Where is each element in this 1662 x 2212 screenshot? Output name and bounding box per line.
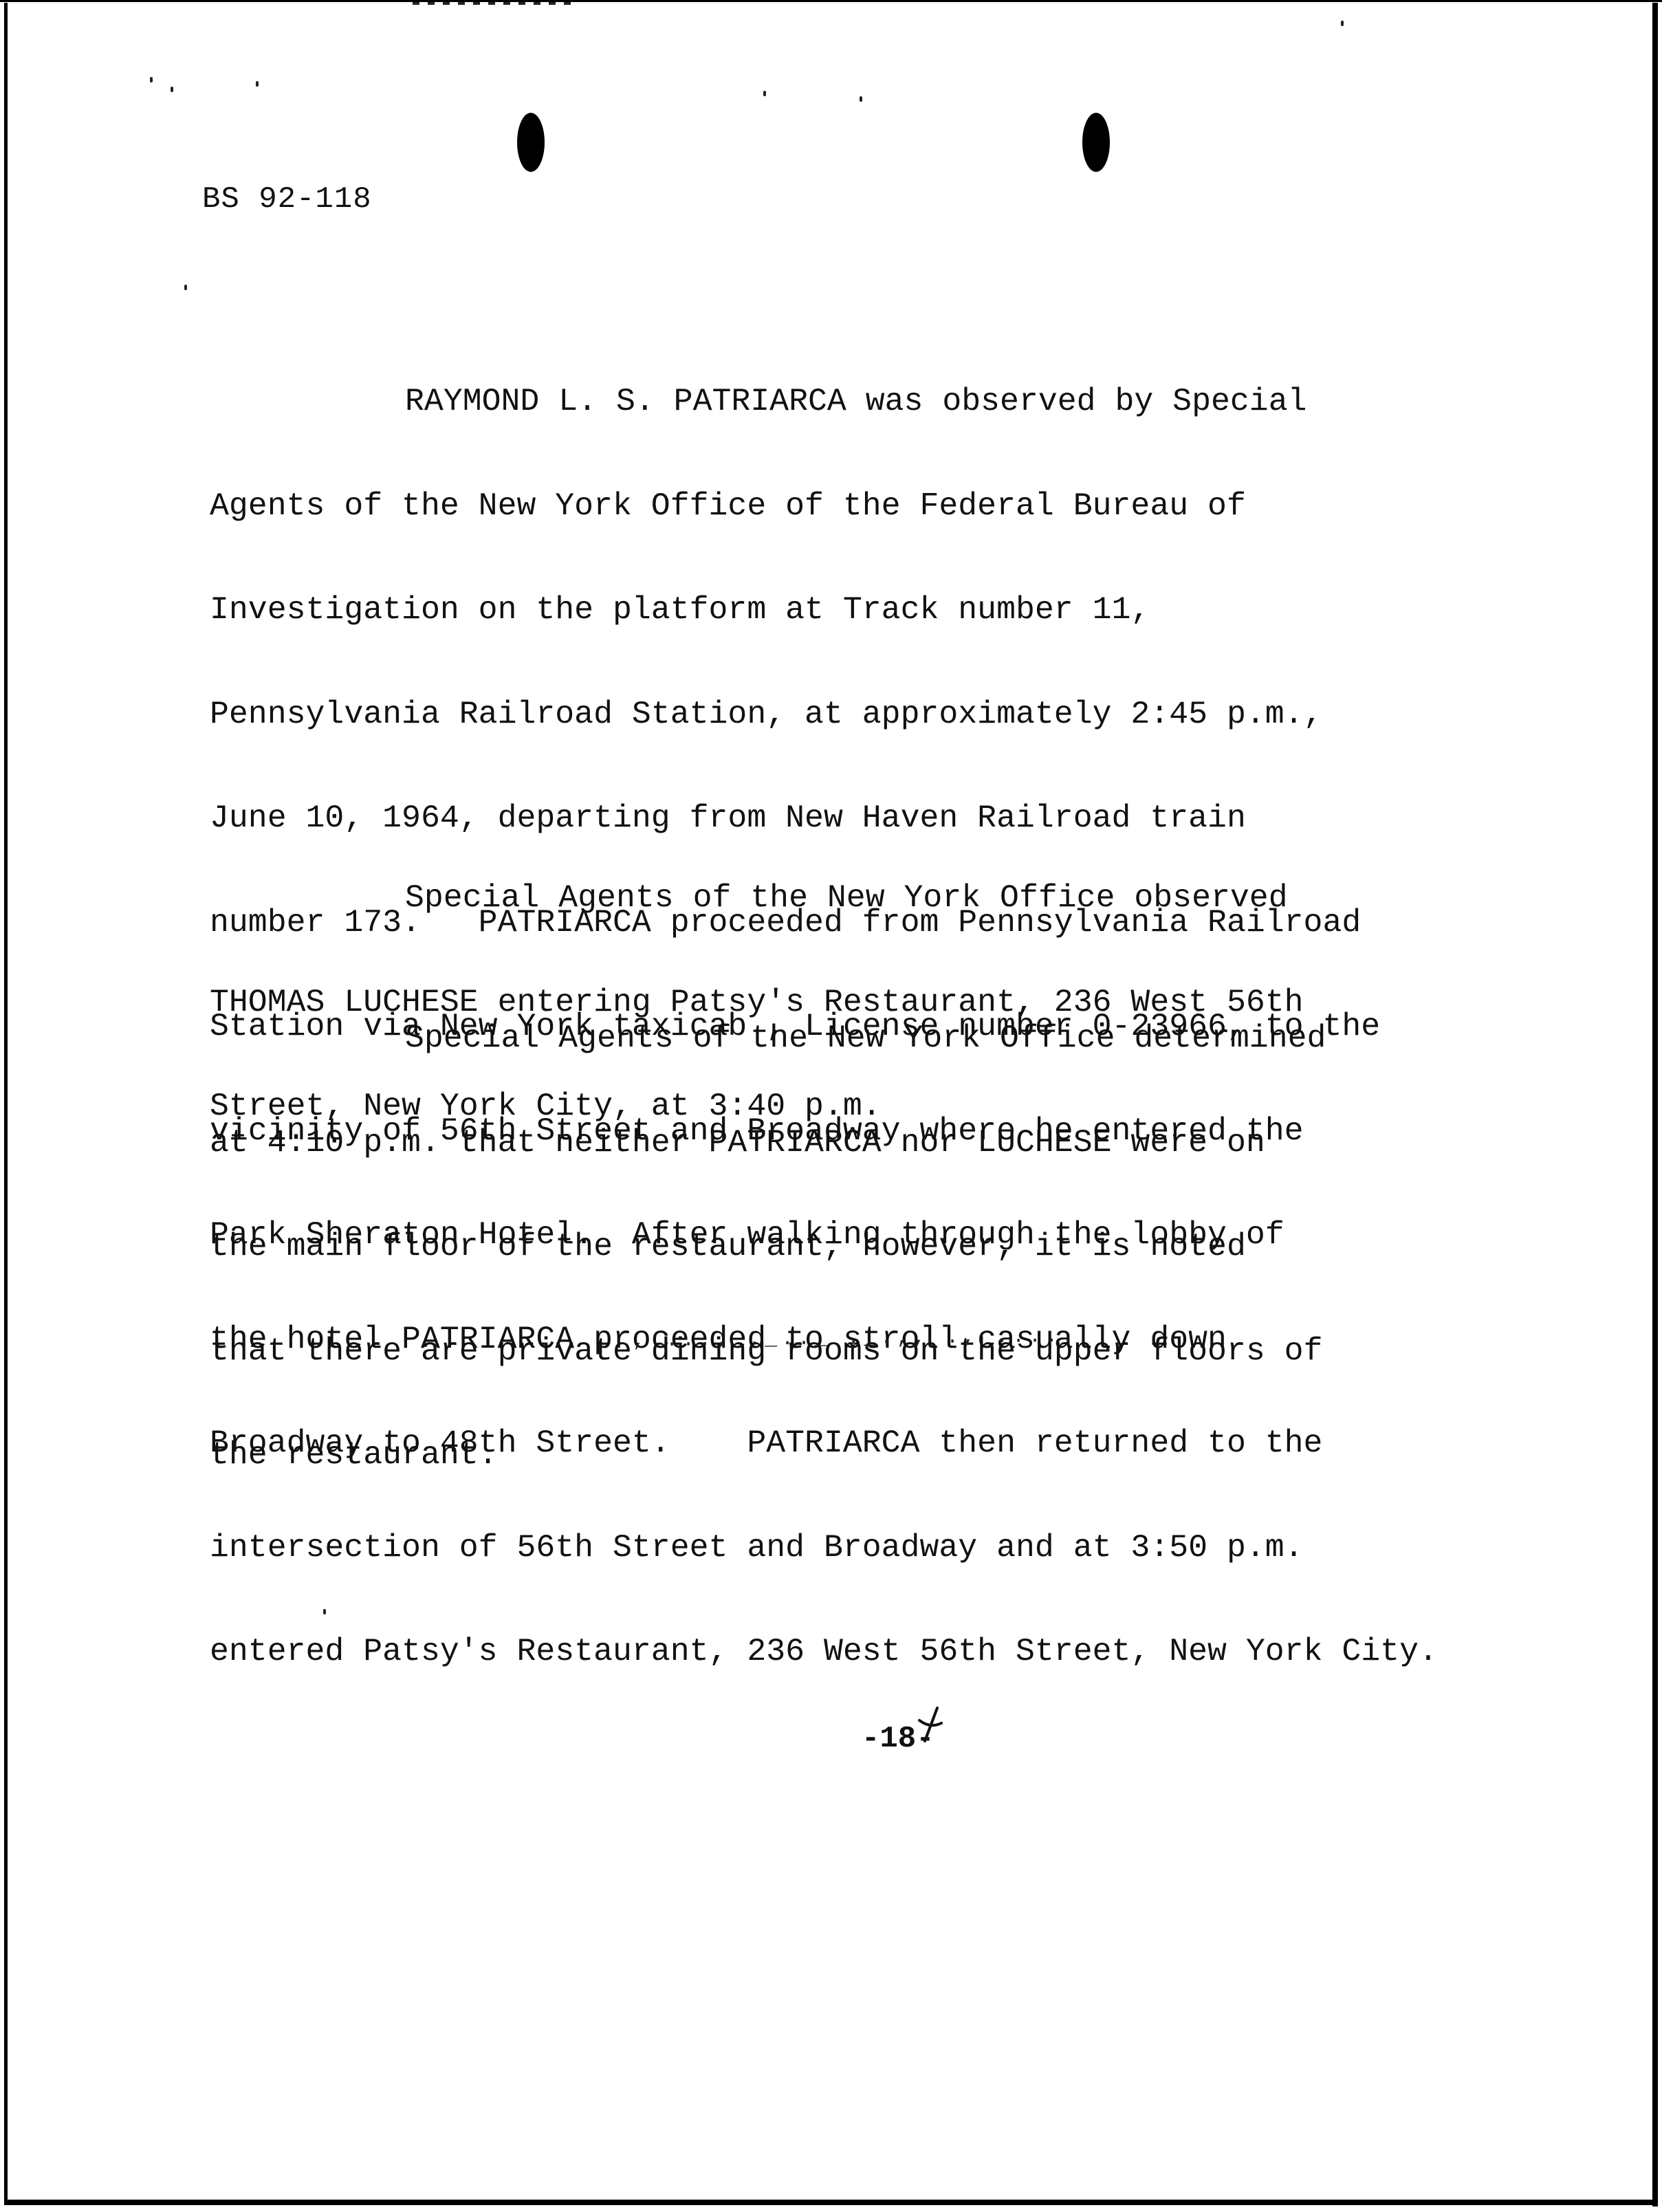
text-line: the main floor of the restaurant, howeve… — [210, 1229, 1557, 1264]
scan-speck — [1341, 21, 1344, 26]
scan-border-left — [4, 3, 8, 2202]
text-line: Agents of the New York Office of the Fed… — [210, 489, 1557, 524]
file-number: BS 92-118 — [202, 184, 372, 215]
document-page: BS 92-118 RAYMOND L. S. PATRIARCA was ob… — [0, 0, 1662, 2212]
text-line: Special Agents of the New York Office de… — [210, 1021, 1557, 1056]
text-line: at 4:10 p.m. that neither PATRIARCA nor … — [210, 1126, 1557, 1161]
scan-smudge — [413, 2, 578, 5]
scan-border-bottom — [4, 2200, 1658, 2205]
scan-speck — [763, 91, 766, 96]
scan-speck — [171, 87, 173, 92]
scan-speck — [150, 77, 153, 83]
scan-speck — [256, 81, 259, 87]
page-number: -18- — [862, 1722, 934, 1756]
paragraph-3: Special Agents of the New York Office de… — [210, 952, 1557, 1542]
punch-hole-left-icon — [517, 113, 545, 172]
scan-speck — [184, 285, 187, 290]
text-line: the restaurant. — [210, 1438, 1557, 1473]
text-line: Pennsylvania Railroad Station, at approx… — [210, 697, 1557, 732]
text-line: entered Patsy's Restaurant, 236 West 56t… — [210, 1634, 1557, 1669]
scan-border-top — [0, 0, 1662, 2]
scan-speck — [860, 96, 862, 102]
text-line: Special Agents of the New York Office ob… — [210, 881, 1557, 916]
punch-hole-right-icon — [1082, 113, 1110, 172]
text-line: Investigation on the platform at Track n… — [210, 593, 1557, 628]
scan-border-right — [1652, 3, 1658, 2206]
bleedthrough-text: , .... ._.._ ._.,, ., ..... — [633, 1325, 1078, 1353]
text-line: RAYMOND L. S. PATRIARCA was observed by … — [210, 384, 1557, 419]
